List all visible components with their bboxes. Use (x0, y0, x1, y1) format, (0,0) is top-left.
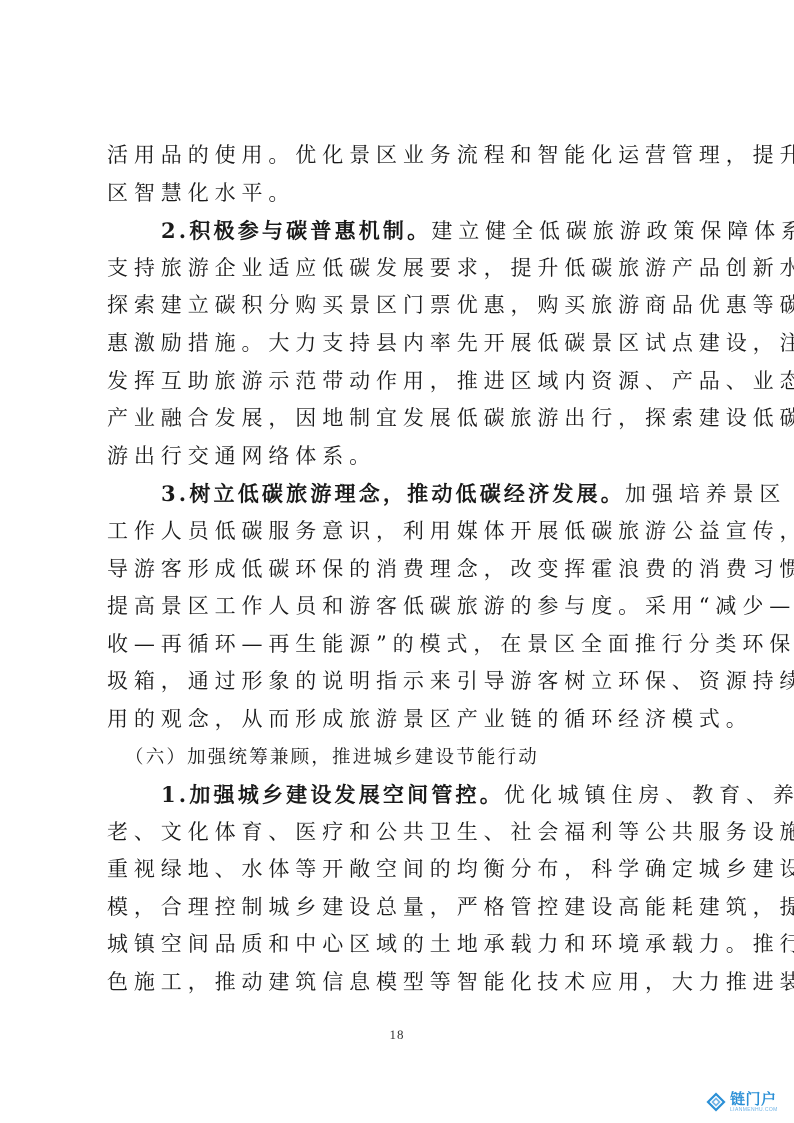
text-line: 工作人员低碳服务意识，利用媒体开展低碳旅游公益宣传，引 (107, 513, 707, 551)
page-number: 18 (0, 1027, 794, 1043)
paragraph-heading: 1.加强城乡建设发展空间管控。 (161, 782, 504, 807)
text-run: 建立健全低碳旅游政策保障体系， (431, 219, 794, 243)
text-line: 游出行交通网络体系。 (107, 438, 707, 476)
text-line: 重视绿地、水体等开敞空间的均衡分布，科学确定城乡建设规 (107, 851, 707, 889)
section-heading: （六）加强统筹兼顾，推进城乡建设节能行动 (107, 739, 707, 777)
paragraph-first-line: 2.积极参与碳普惠机制。建立健全低碳旅游政策保障体系， (107, 212, 707, 250)
text-line: 探索建立碳积分购买景区门票优惠，购买旅游商品优惠等碳普 (107, 287, 707, 325)
watermark-url: LIANMENHU.COM (730, 1108, 778, 1113)
text-line: 提高景区工作人员和游客低碳旅游的参与度。采用“减少—回 (107, 588, 707, 626)
paragraph-heading: 3.树立低碳旅游理念，推动低碳经济发展。 (161, 481, 625, 506)
text-line: 城镇空间品质和中心区域的土地承载力和环境承载力。推行绿 (107, 926, 707, 964)
text-line: 用的观念，从而形成旅游景区产业链的循环经济模式。 (107, 701, 707, 739)
paragraph-first-line: 3.树立低碳旅游理念，推动低碳经济发展。加强培养景区 (107, 475, 707, 513)
text-line: 色施工，推动建筑信息模型等智能化技术应用，大力推进装配 (107, 964, 707, 1002)
text-line: 收—再循环—再生能源”的模式，在景区全面推行分类环保垃 (107, 626, 707, 664)
text-line: 支持旅游企业适应低碳发展要求，提升低碳旅游产品创新水平。 (107, 250, 707, 288)
text-run: 加强培养景区 (625, 482, 786, 506)
text-line: 区智慧化水平。 (107, 175, 707, 213)
text-line: 导游客形成低碳环保的消费理念，改变挥霍浪费的消费习惯， (107, 551, 707, 589)
text-line: 圾箱，通过形象的说明指示来引导游客树立环保、资源持续利 (107, 663, 707, 701)
paragraph-first-line: 1.加强城乡建设发展空间管控。优化城镇住房、教育、养 (107, 776, 707, 814)
text-run: 优化城镇住房、教育、养 (504, 783, 794, 807)
text-line: 发挥互助旅游示范带动作用，推进区域内资源、产品、业态和 (107, 363, 707, 401)
text-line: 产业融合发展，因地制宜发展低碳旅游出行，探索建设低碳旅 (107, 400, 707, 438)
diamond-link-logo-icon (706, 1092, 726, 1112)
text-line: 模，合理控制城乡建设总量，严格管控建设高能耗建筑，提升 (107, 889, 707, 927)
text-line: 活用品的使用。优化景区业务流程和智能化运营管理，提升景 (107, 137, 707, 175)
paragraph-heading: 2.积极参与碳普惠机制。 (161, 218, 431, 243)
document-page: 活用品的使用。优化景区业务流程和智能化运营管理，提升景 区智慧化水平。 2.积极… (107, 137, 707, 1002)
watermark-name: 链门户 (730, 1092, 778, 1107)
text-line: 老、文化体育、医疗和公共卫生、社会福利等公共服务设施， (107, 814, 707, 852)
watermark-logo: 链门户 LIANMENHU.COM (706, 1088, 786, 1116)
text-line: 惠激励措施。大力支持县内率先开展低碳景区试点建设，注重 (107, 325, 707, 363)
